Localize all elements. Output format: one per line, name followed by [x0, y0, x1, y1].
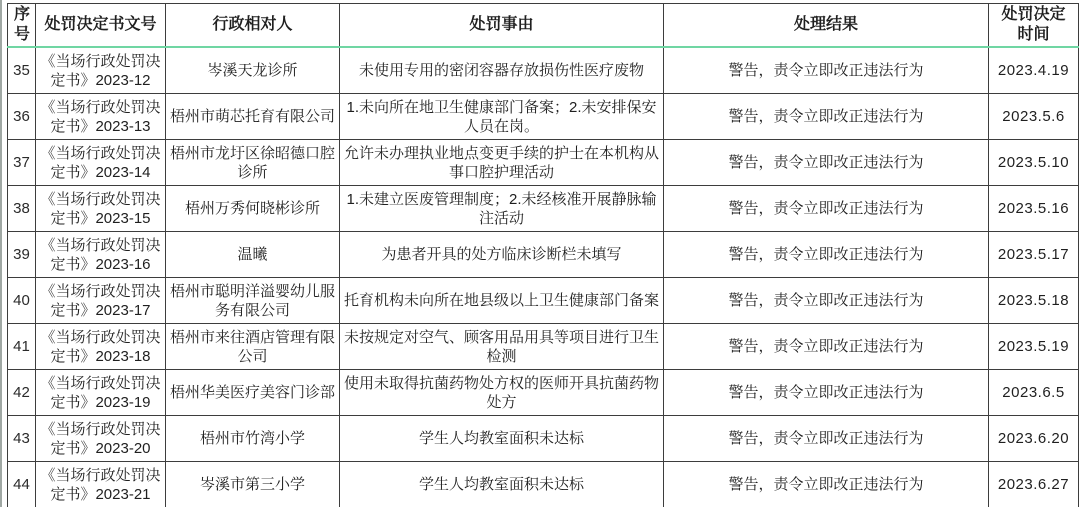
table-row: 44 《当场行政处罚决定书》2023-21 岑溪市第三小学 学生人均教室面积未达…: [8, 462, 1079, 507]
cell-reason: 未使用专用的密闭容器存放损伤性医疗废物: [340, 47, 664, 94]
table-row: 39 《当场行政处罚决定书》2023-16 温曦 为患者开具的处方临床诊断栏未填…: [8, 232, 1079, 278]
table-row: 41 《当场行政处罚决定书》2023-18 梧州市来往酒店管理有限公司 未按规定…: [8, 324, 1079, 370]
cell-reason: 使用未取得抗菌药物处方权的医师开具抗菌药物处方: [340, 370, 664, 416]
header-result: 处理结果: [664, 4, 989, 48]
cell-doc-number: 《当场行政处罚决定书》2023-14: [36, 140, 166, 186]
cell-serial-number: 41: [8, 324, 36, 370]
cell-serial-number: 44: [8, 462, 36, 507]
cell-decision-date: 2023.5.10: [989, 140, 1079, 186]
cell-party: 梧州市竹湾小学: [166, 416, 340, 462]
cell-doc-number: 《当场行政处罚决定书》2023-13: [36, 94, 166, 140]
cell-result: 警告，责令立即改正违法行为: [664, 324, 989, 370]
cell-serial-number: 40: [8, 278, 36, 324]
table-row: 42 《当场行政处罚决定书》2023-19 梧州华美医疗美容门诊部 使用未取得抗…: [8, 370, 1079, 416]
cell-doc-number: 《当场行政处罚决定书》2023-16: [36, 232, 166, 278]
cell-serial-number: 36: [8, 94, 36, 140]
cell-decision-date: 2023.6.27: [989, 462, 1079, 507]
cell-serial-number: 38: [8, 186, 36, 232]
header-party: 行政相对人: [166, 4, 340, 48]
cell-doc-number: 《当场行政处罚决定书》2023-20: [36, 416, 166, 462]
cell-decision-date: 2023.6.20: [989, 416, 1079, 462]
table-body: 35 《当场行政处罚决定书》2023-12 岑溪天龙诊所 未使用专用的密闭容器存…: [8, 47, 1079, 507]
cell-doc-number: 《当场行政处罚决定书》2023-17: [36, 278, 166, 324]
cell-decision-date: 2023.4.19: [989, 47, 1079, 94]
cell-party: 梧州万秀何晓彬诊所: [166, 186, 340, 232]
cell-result: 警告，责令立即改正违法行为: [664, 140, 989, 186]
left-edge-line: [0, 0, 2, 507]
cell-party: 梧州市龙圩区徐昭德口腔诊所: [166, 140, 340, 186]
cell-decision-date: 2023.6.5: [989, 370, 1079, 416]
cell-doc-number: 《当场行政处罚决定书》2023-21: [36, 462, 166, 507]
table-header-row: 序号 处罚决定书文号 行政相对人 处罚事由 处理结果 处罚决定时间: [8, 4, 1079, 48]
cell-serial-number: 39: [8, 232, 36, 278]
header-reason: 处罚事由: [340, 4, 664, 48]
cell-reason: 未按规定对空气、顾客用品用具等项目进行卫生检测: [340, 324, 664, 370]
cell-decision-date: 2023.5.16: [989, 186, 1079, 232]
cell-reason: 学生人均教室面积未达标: [340, 416, 664, 462]
cell-reason: 允许未办理执业地点变更手续的护士在本机构从事口腔护理活动: [340, 140, 664, 186]
cell-decision-date: 2023.5.17: [989, 232, 1079, 278]
header-doc-number: 处罚决定书文号: [36, 4, 166, 48]
cell-reason: 为患者开具的处方临床诊断栏未填写: [340, 232, 664, 278]
cell-party: 梧州市聪明洋溢婴幼儿服务有限公司: [166, 278, 340, 324]
cell-reason: 学生人均教室面积未达标: [340, 462, 664, 507]
cell-result: 警告，责令立即改正违法行为: [664, 47, 989, 94]
cell-reason: 托育机构未向所在地县级以上卫生健康部门备案: [340, 278, 664, 324]
table-row: 36 《当场行政处罚决定书》2023-13 梧州市萌芯托育有限公司 1.未向所在…: [8, 94, 1079, 140]
cell-decision-date: 2023.5.6: [989, 94, 1079, 140]
table-row: 37 《当场行政处罚决定书》2023-14 梧州市龙圩区徐昭德口腔诊所 允许未办…: [8, 140, 1079, 186]
cell-decision-date: 2023.5.19: [989, 324, 1079, 370]
table-row: 35 《当场行政处罚决定书》2023-12 岑溪天龙诊所 未使用专用的密闭容器存…: [8, 47, 1079, 94]
cell-serial-number: 42: [8, 370, 36, 416]
cell-result: 警告，责令立即改正违法行为: [664, 416, 989, 462]
cell-party: 岑溪天龙诊所: [166, 47, 340, 94]
cell-result: 警告，责令立即改正违法行为: [664, 232, 989, 278]
cell-serial-number: 43: [8, 416, 36, 462]
cell-result: 警告，责令立即改正违法行为: [664, 94, 989, 140]
cell-result: 警告，责令立即改正违法行为: [664, 186, 989, 232]
cell-party: 梧州市萌芯托育有限公司: [166, 94, 340, 140]
table-row: 43 《当场行政处罚决定书》2023-20 梧州市竹湾小学 学生人均教室面积未达…: [8, 416, 1079, 462]
table-row: 40 《当场行政处罚决定书》2023-17 梧州市聪明洋溢婴幼儿服务有限公司 托…: [8, 278, 1079, 324]
cell-result: 警告，责令立即改正违法行为: [664, 462, 989, 507]
cell-party: 温曦: [166, 232, 340, 278]
cell-doc-number: 《当场行政处罚决定书》2023-15: [36, 186, 166, 232]
cell-reason: 1.未建立医废管理制度；2.未经核准开展静脉输注活动: [340, 186, 664, 232]
cell-reason: 1.未向所在地卫生健康部门备案；2.未安排保安人员在岗。: [340, 94, 664, 140]
penalty-decisions-table: 序号 处罚决定书文号 行政相对人 处罚事由 处理结果 处罚决定时间 35 《当场…: [7, 3, 1079, 507]
cell-doc-number: 《当场行政处罚决定书》2023-19: [36, 370, 166, 416]
cell-decision-date: 2023.5.18: [989, 278, 1079, 324]
cell-serial-number: 37: [8, 140, 36, 186]
cell-result: 警告，责令立即改正违法行为: [664, 278, 989, 324]
cell-doc-number: 《当场行政处罚决定书》2023-12: [36, 47, 166, 94]
cell-party: 梧州华美医疗美容门诊部: [166, 370, 340, 416]
table-row: 38 《当场行政处罚决定书》2023-15 梧州万秀何晓彬诊所 1.未建立医废管…: [8, 186, 1079, 232]
cell-result: 警告，责令立即改正违法行为: [664, 370, 989, 416]
header-serial-number: 序号: [8, 4, 36, 48]
header-decision-date: 处罚决定时间: [989, 4, 1079, 48]
cell-party: 梧州市来往酒店管理有限公司: [166, 324, 340, 370]
cell-serial-number: 35: [8, 47, 36, 94]
cell-doc-number: 《当场行政处罚决定书》2023-18: [36, 324, 166, 370]
cell-party: 岑溪市第三小学: [166, 462, 340, 507]
